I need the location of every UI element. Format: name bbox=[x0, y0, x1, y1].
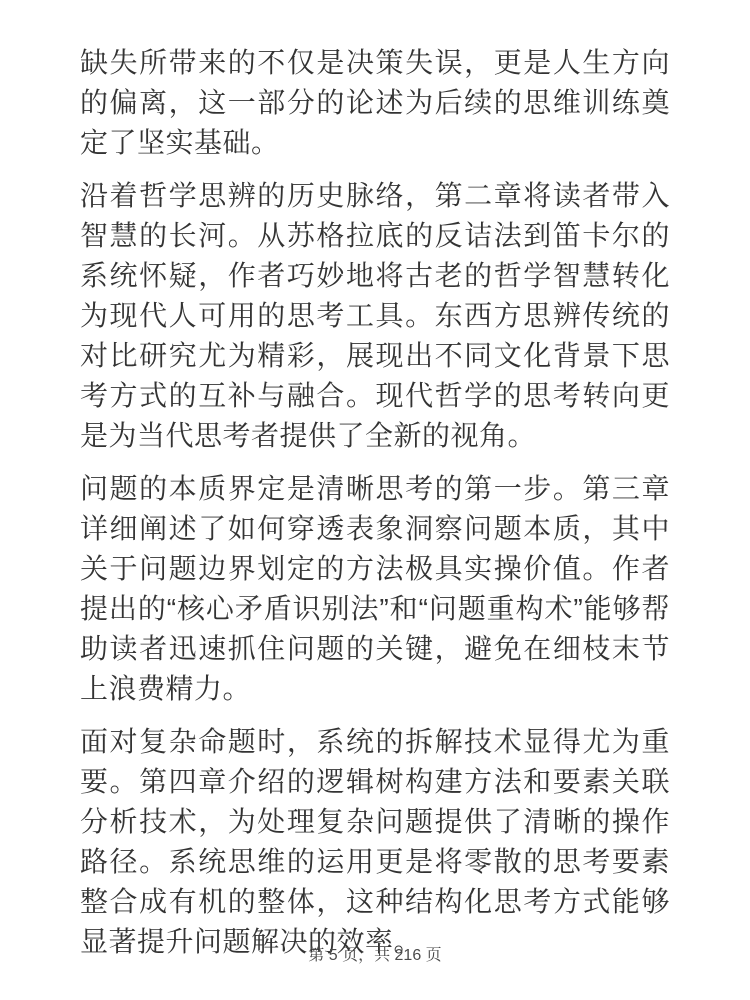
document-page: 缺失所带来的不仅是决策失误，更是人生方向的偏离，这一部分的论述为后续的思维训练奠… bbox=[0, 0, 750, 1000]
text-paragraph: 缺失所带来的不仅是决策失误，更是人生方向的偏离，这一部分的论述为后续的思维训练奠… bbox=[80, 43, 670, 163]
text-paragraph: 问题的本质界定是清晰思考的第一步。第三章详细阐述了如何穿透表象洞察问题本质，其中… bbox=[80, 469, 670, 709]
text-paragraph: 沿着哲学思辨的历史脉络，第二章将读者带入智慧的长河。从苏格拉底的反诘法到笛卡尔的… bbox=[80, 176, 670, 456]
text-paragraph: 面对复杂命题时，系统的拆解技术显得尤为重要。第四章介绍的逻辑树构建方法和要素关联… bbox=[80, 722, 670, 962]
page-body: 缺失所带来的不仅是决策失误，更是人生方向的偏离，这一部分的论述为后续的思维训练奠… bbox=[80, 43, 670, 975]
page-number-indicator: 第 5 页，共 216 页 bbox=[0, 946, 750, 966]
